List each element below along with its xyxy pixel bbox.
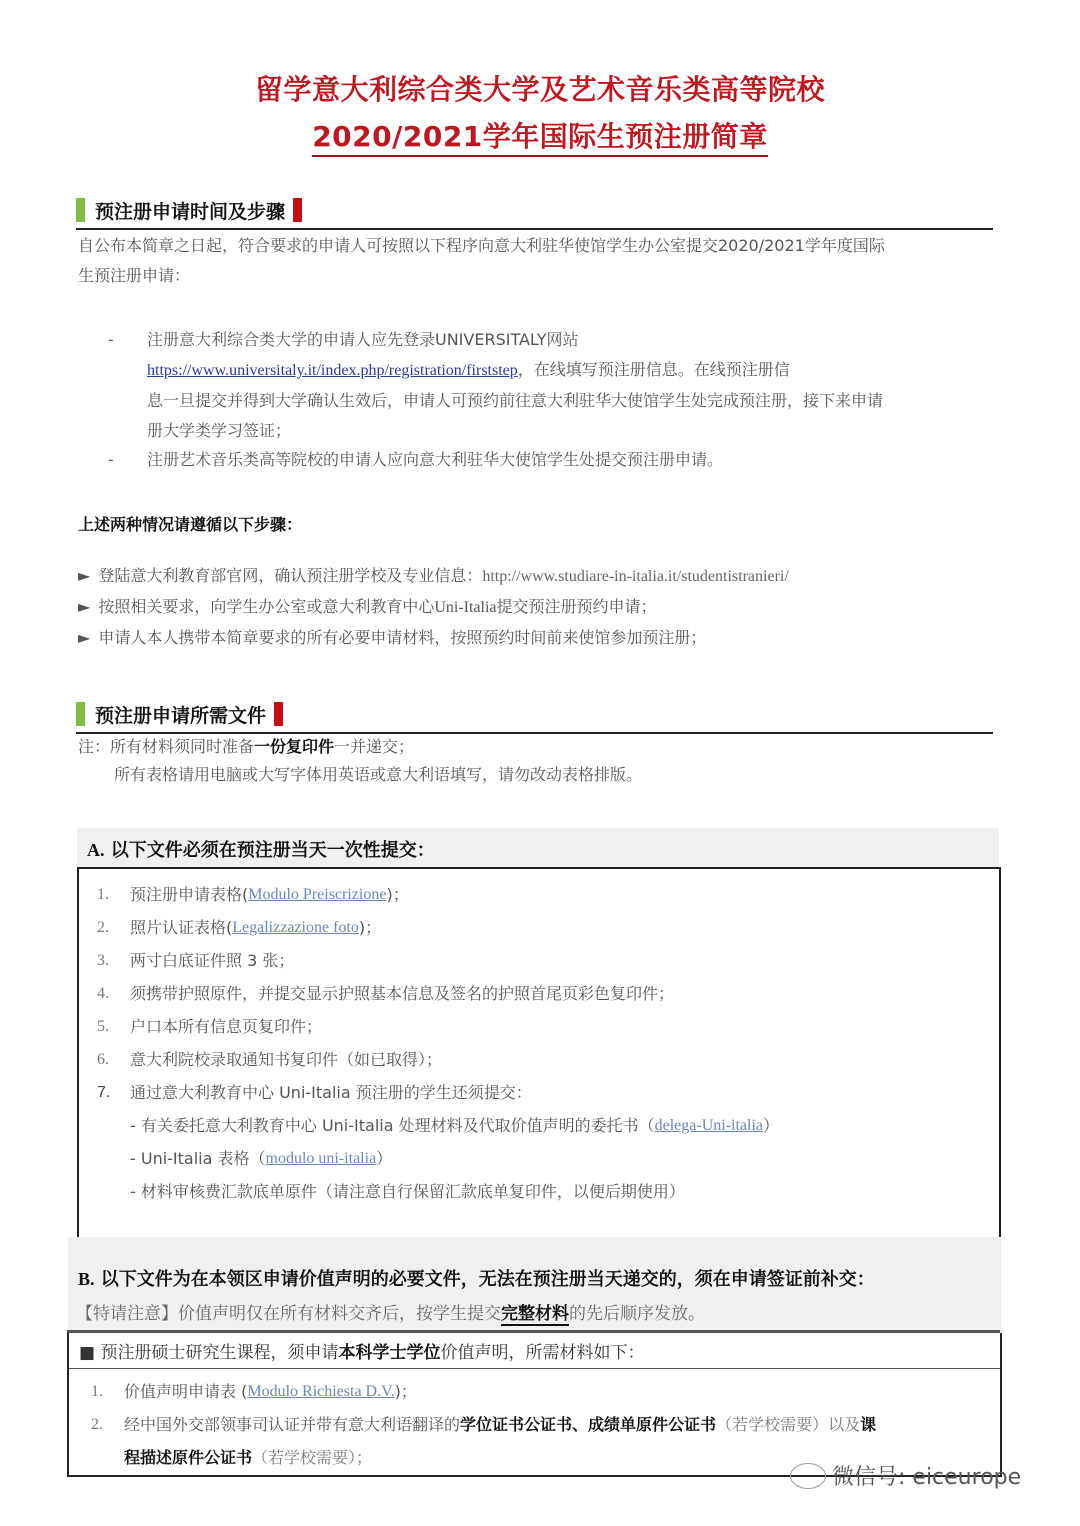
green-bar-marker — [76, 198, 85, 222]
list-item: 4.须携带护照原件，并提交显示护照基本信息及签名的护照首尾页彩色复印件； — [97, 977, 977, 1010]
sub-item-text: ） — [763, 1109, 779, 1142]
modulo-uni-italia-link[interactable]: modulo uni-italia — [266, 1142, 377, 1175]
item-text: （若学校需要）； — [252, 1441, 372, 1474]
notice-bold: 完整材料 — [501, 1304, 569, 1326]
list-item: 1.价值声明申请表 (Modulo Richiesta D.V.)； — [91, 1375, 981, 1408]
steps-list: ►登陆意大利教育部官网，确认预注册学校及专业信息：http://www.stud… — [78, 561, 998, 653]
item-text: 须携带护照原件，并提交显示护照基本信息及签名的护照首尾页彩色复印件； — [130, 977, 674, 1010]
item-bold: 学位证书公证书 — [460, 1415, 572, 1434]
sub-item-text: - Uni-Italia 表格（ — [130, 1142, 266, 1175]
red-bar-marker — [274, 702, 283, 726]
sub-item: - 有关委托意大利教育中心 Uni-Italia 处理材料及代取价值声明的委托书… — [97, 1109, 977, 1142]
bullet-dash: - — [108, 330, 114, 349]
item-text: 照片认证表格( — [130, 911, 232, 944]
sub-item: - 材料审核费汇款底单原件（请注意自行保留汇款底单复印件，以便后期使用） — [97, 1175, 977, 1208]
part-a-header: A. 以下文件必须在预注册当天一次性提交： — [77, 828, 999, 868]
part-b-title: B. 以下文件为在本领区申请价值声明的必要文件，无法在预注册当天递交的，须在申请… — [78, 1265, 875, 1291]
item-text: 意大利院校录取通知书复印件（如已取得）； — [130, 1043, 442, 1076]
part-heading: 以下文件必须在预注册当天一次性提交： — [111, 840, 435, 861]
studiare-url[interactable]: http://www.studiare-in-italia.it/student… — [482, 568, 788, 585]
subheading-text: ■ 预注册硕士研究生课程，须申请 — [79, 1343, 338, 1363]
item-text: )； — [386, 878, 408, 911]
bullet-line: 册大学类学习签证； — [147, 416, 997, 446]
step-text: 提交预注册预约申请； — [497, 597, 657, 616]
watermark-text: 微信号: eiceurope — [832, 1460, 1021, 1491]
document-title-line2: 2020/2021学年国际生预注册简章 — [0, 115, 1080, 155]
documents-note: 注：所有材料须同时准备一份复印件一并递交； 所有表格请用电脑或大写字体用英语或意… — [78, 733, 998, 789]
note-text: 注：所有材料须同时准备 — [78, 737, 254, 756]
item-text: 两寸白底证件照 3 张； — [130, 944, 294, 977]
intro-line1: 自公布本简章之日起，符合要求的申请人可按照以下程序向意大利驻华使馆学生办公室提交… — [78, 231, 998, 261]
intro-line2: 生预注册申请： — [78, 261, 998, 291]
item-bold: 程描述原件公证书 — [124, 1441, 252, 1474]
part-a-list: 1.预注册申请表格(Modulo Preiscrizione)； 2.照片认证表… — [97, 878, 977, 1208]
item-text: 预注册申请表格( — [130, 878, 248, 911]
green-bar-marker — [76, 702, 85, 726]
list-item: 1.预注册申请表格(Modulo Preiscrizione)； — [97, 878, 977, 911]
sub-item: - Uni-Italia 表格（modulo uni-italia） — [97, 1142, 977, 1175]
bullet-dash: - — [108, 450, 114, 469]
item-number: 2. — [97, 911, 130, 944]
delega-uni-italia-link[interactable]: delega-Uni-italia — [655, 1109, 763, 1142]
section-title: 预注册申请所需文件 — [95, 701, 266, 728]
part-a-title: A. 以下文件必须在预注册当天一次性提交： — [87, 836, 435, 862]
list-item: 6.意大利院校录取通知书复印件（如已取得）； — [97, 1043, 977, 1076]
item-number: 2. — [91, 1408, 124, 1441]
notice-text: 【特请注意】价值声明仅在所有材料交齐后，按学生提交 — [76, 1304, 501, 1324]
item-bold: 成绩单原件公证书 — [588, 1415, 716, 1434]
triangle-bullet-icon: ► — [78, 597, 90, 616]
item-number: 5. — [97, 1010, 130, 1043]
wechat-watermark: 微信号: eiceurope — [790, 1460, 1021, 1491]
item-text: 经中国外交部领事司认证并带有意大利语翻译的 — [124, 1415, 460, 1434]
item-bold: 课 — [860, 1415, 876, 1434]
item-text: )； — [395, 1375, 417, 1408]
list-item: 7.通过意大利教育中心 Uni-Italia 预注册的学生还须提交： — [97, 1076, 977, 1109]
step-text: 按照相关要求，向学生办公室或意大利教育中心 — [98, 597, 434, 616]
item-text: （若学校需要）以及 — [716, 1415, 860, 1434]
item-text: )； — [359, 911, 381, 944]
wechat-icon — [790, 1463, 826, 1489]
modulo-preiscrizione-link[interactable]: Modulo Preiscrizione — [248, 878, 386, 911]
list-item: 3.两寸白底证件照 3 张； — [97, 944, 977, 977]
part-letter: A. — [87, 840, 105, 860]
item-number: 3. — [97, 944, 130, 977]
bullet-text: ，在线填写预注册信息。在线预注册信 — [518, 360, 790, 379]
section-heading-steps: 预注册申请时间及步骤 — [76, 196, 302, 224]
item-number: 1. — [91, 1375, 124, 1408]
triangle-bullet-icon: ► — [78, 566, 90, 585]
bullet-art-music: 注册艺术音乐类高等院校的申请人应向意大利驻华大使馆学生处提交预注册申请。 — [147, 445, 723, 475]
step-text: 申请人本人携带本简章要求的所有必要申请材料，按照预约时间前来使馆参加预注册； — [98, 628, 706, 647]
bullet-line: 注册意大利综合类大学的申请人应先登录UNIVERSITALY网站 — [147, 325, 997, 355]
triangle-bullet-icon: ► — [78, 628, 90, 647]
part-letter: B. — [78, 1269, 95, 1289]
step-text: 登陆意大利教育部官网，确认预注册学校及专业信息： — [98, 566, 482, 585]
note-bold: 一份复印件 — [254, 737, 334, 756]
note-text: 一并递交； — [334, 737, 414, 756]
subheading-bold: 本科学士学位 — [338, 1343, 440, 1363]
steps-heading: 上述两种情况请遵循以下步骤： — [78, 512, 302, 535]
sub-item-text: ） — [376, 1142, 392, 1175]
part-b-notice: 【特请注意】价值声明仅在所有材料交齐后，按学生提交完整材料的先后顺序发放。 — [76, 1299, 705, 1324]
part-b-subheading: ■ 预注册硕士研究生课程，须申请本科学士学位价值声明，所需材料如下： — [79, 1338, 644, 1363]
item-bold: 、 — [572, 1415, 588, 1434]
note-line2: 所有表格请用电脑或大写字体用英语或意大利语填写，请勿改动表格排版。 — [78, 761, 998, 789]
item-text: 户口本所有信息页复印件； — [130, 1010, 322, 1043]
bullet-line: 息一旦提交并得到大学确认生效后，申请人可预约前往意大利驻华大使馆学生处完成预注册… — [147, 386, 997, 416]
item-number: 1. — [97, 878, 130, 911]
item-number: 6. — [97, 1043, 130, 1076]
subheading-divider — [69, 1368, 1000, 1369]
list-item: 2.照片认证表格(Legalizzazione foto)； — [97, 911, 977, 944]
step-item: ►登陆意大利教育部官网，确认预注册学校及专业信息：http://www.stud… — [78, 561, 998, 592]
note-line1: 注：所有材料须同时准备一份复印件一并递交； — [78, 733, 998, 761]
item-text: 价值声明申请表 ( — [124, 1375, 247, 1408]
legalizzazione-foto-link[interactable]: Legalizzazione foto — [232, 911, 359, 944]
bullet-universitaly: 注册意大利综合类大学的申请人应先登录UNIVERSITALY网站 https:/… — [147, 325, 997, 446]
list-item: 5.户口本所有信息页复印件； — [97, 1010, 977, 1043]
section-title: 预注册申请时间及步骤 — [95, 197, 285, 224]
subheading-text: 价值声明，所需材料如下： — [440, 1343, 644, 1363]
sub-item-text: - 材料审核费汇款底单原件（请注意自行保留汇款底单复印件，以便后期使用） — [130, 1175, 685, 1208]
document-title-line2-text: 2020/2021学年国际生预注册简章 — [312, 120, 768, 157]
intro-paragraph: 自公布本简章之日起，符合要求的申请人可按照以下程序向意大利驻华使馆学生办公室提交… — [78, 231, 998, 291]
bullet-line: https://www.universitaly.it/index.php/re… — [147, 355, 997, 386]
section-divider — [76, 228, 993, 230]
list-item: 2.经中国外交部领事司认证并带有意大利语翻译的学位证书公证书、成绩单原件公证书（… — [91, 1408, 981, 1441]
modulo-richiesta-dv-link[interactable]: Modulo Richiesta D.V. — [247, 1375, 394, 1408]
section-heading-documents: 预注册申请所需文件 — [76, 700, 283, 728]
part-b-box: ■ 预注册硕士研究生课程，须申请本科学士学位价值声明，所需材料如下： 1.价值声… — [67, 1333, 1002, 1477]
part-b-header: B. 以下文件为在本领区申请价值声明的必要文件，无法在预注册当天递交的，须在申请… — [68, 1237, 1001, 1331]
item-number: 7. — [97, 1076, 130, 1109]
part-a-box: 1.预注册申请表格(Modulo Preiscrizione)； 2.照片认证表… — [77, 867, 1001, 1239]
red-bar-marker — [293, 198, 302, 222]
step-text-uni-italia: Uni-Italia — [434, 599, 496, 616]
document-title-line1: 留学意大利综合类大学及艺术音乐类高等院校 — [0, 68, 1080, 108]
step-item: ►申请人本人携带本简章要求的所有必要申请材料，按照预约时间前来使馆参加预注册； — [78, 623, 998, 653]
part-heading: 以下文件为在本领区申请价值声明的必要文件，无法在预注册当天递交的，须在申请签证前… — [101, 1269, 875, 1290]
notice-text: 的先后顺序发放。 — [569, 1304, 705, 1324]
item-number: 4. — [97, 977, 130, 1010]
item-text: 通过意大利教育中心 Uni-Italia 预注册的学生还须提交： — [130, 1076, 532, 1109]
step-item: ►按照相关要求，向学生办公室或意大利教育中心Uni-Italia提交预注册预约申… — [78, 592, 998, 623]
sub-item-text: - 有关委托意大利教育中心 Uni-Italia 处理材料及代取价值声明的委托书… — [130, 1109, 655, 1142]
universitaly-link[interactable]: https://www.universitaly.it/index.php/re… — [147, 362, 518, 379]
